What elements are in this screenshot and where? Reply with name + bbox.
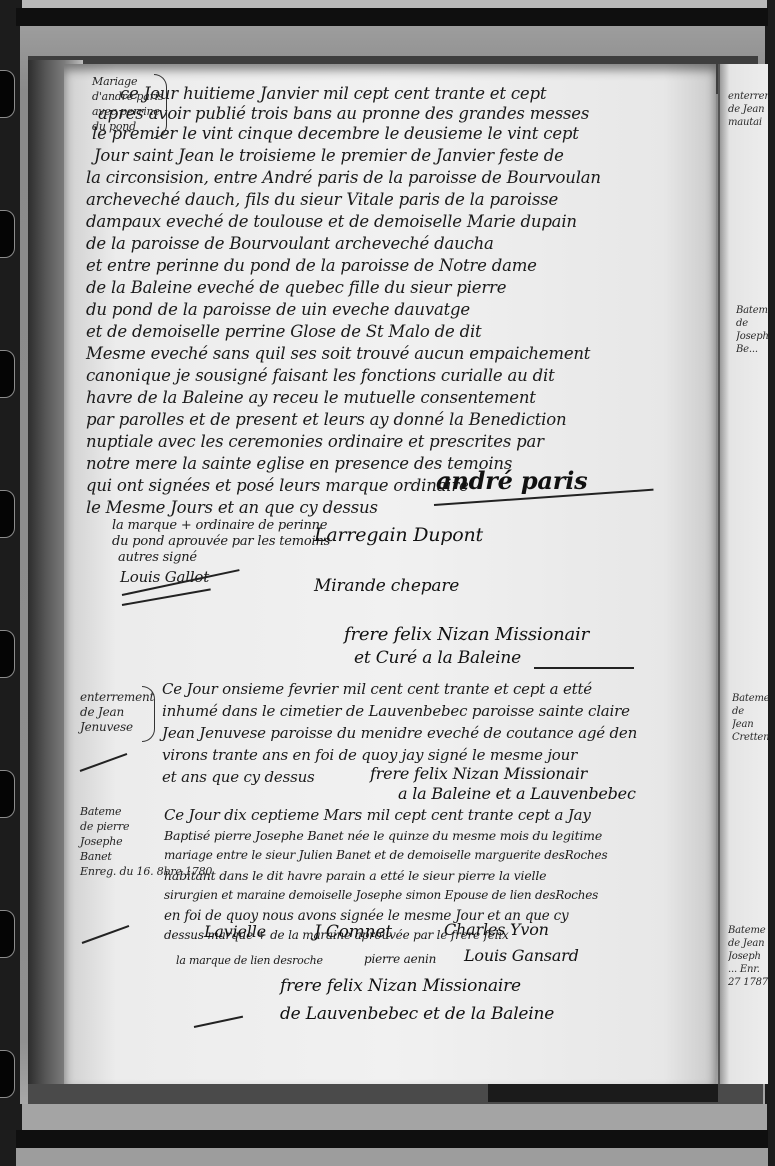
sprocket-hole (0, 1050, 15, 1098)
margin-bracket (142, 686, 155, 742)
text-line: et entre perinne du pond de la paroisse … (86, 256, 537, 275)
text-line: inhumé dans le cimetier de Lauvenbebec p… (162, 702, 630, 720)
adjacent-page: enterrement de Jean mautai Bateme de Jos… (718, 64, 768, 1084)
signature: Mirande chepare (314, 576, 459, 596)
sprocket-hole (0, 210, 15, 258)
separator-stroke (82, 925, 130, 944)
signature: Lavielle (204, 922, 266, 941)
signature: la marque de lien desroche (176, 954, 323, 967)
signature: frere felix Nizan Missionair (370, 764, 587, 783)
text-line: la circonsision, entre André paris de la… (86, 168, 601, 187)
text-line: de la Baleine eveché de quebec fille du … (86, 278, 506, 297)
register-page: Mariage d'andré paris avec perrine du po… (64, 64, 716, 1084)
text-line: Ce Jour dix ceptieme Mars mil cept cent … (164, 806, 591, 824)
adjacent-margin-note: enterrement de Jean mautai (728, 90, 768, 129)
signature: Larregain Dupont (314, 524, 483, 546)
adjacent-margin-note: Bateme de Jean Cretten... (732, 692, 768, 744)
signature: pierre aenin (364, 952, 436, 966)
text-line: nuptiale avec les ceremonies ordinaire e… (86, 432, 544, 451)
signature: Louis Gansard (464, 946, 579, 965)
text-line: dampaux eveché de toulouse et de demoise… (86, 212, 577, 231)
text-line: havre de la Baleine ay receu le mutuelle… (86, 388, 536, 407)
sprocket-hole (0, 770, 15, 818)
text-line: archeveché dauch, fils du sieur Vitale p… (86, 190, 558, 209)
signature: et Curé a la Baleine (354, 648, 521, 668)
sprocket-hole (0, 490, 15, 538)
witness-note: du pond aprouvée par les temoins (112, 534, 330, 549)
sprocket-hole (0, 70, 15, 118)
adjacent-margin-note: Bateme de Jean Joseph ... Enr. 27 1787 (728, 924, 768, 989)
text-line: mariage entre le sieur Julien Banet et d… (164, 848, 607, 862)
sprocket-hole (0, 350, 15, 398)
sprocket-hole (0, 910, 15, 958)
text-line: sirurgien et maraine demoiselle Josephe … (164, 888, 598, 902)
signature: andré paris (436, 466, 587, 495)
sprocket-hole (0, 630, 15, 678)
signature: a la Baleine et a Lauvenbebec (398, 784, 636, 803)
text-line: Baptisé pierre Josephe Banet née le quin… (164, 828, 602, 843)
signature: de Lauvenbebec et de la Baleine (280, 1004, 554, 1024)
text-line: le Mesme Jours et an que cy dessus (86, 498, 378, 517)
witness-note: la marque + ordinaire de perinne (112, 518, 327, 533)
separator-stroke (194, 1016, 243, 1028)
page-bottom-edge (28, 1084, 763, 1104)
film-strip-top (22, 0, 767, 8)
text-line: et ans que cy dessus (162, 768, 315, 786)
signature: frere felix Nizan Missionaire (280, 976, 521, 996)
signature: frere felix Nizan Missionair (344, 624, 589, 645)
text-line: Jour saint Jean le troisieme le premier … (94, 146, 564, 165)
text-line: qui ont signées et posé leurs marque ord… (86, 476, 469, 495)
film-bar-bottom (16, 1130, 768, 1148)
text-line: et de demoiselle perrine Glose de St Mal… (86, 322, 481, 341)
text-line: par parolles et de present et leurs ay d… (86, 410, 566, 429)
text-line: Ce Jour onsieme fevrier mil cent cent tr… (162, 680, 592, 698)
board-lower (22, 1104, 767, 1130)
text-line: du pond de la paroisse de uin eveche dau… (86, 300, 470, 319)
adjacent-margin-note: Bateme de Josephe Be... (736, 304, 768, 356)
flourish (534, 667, 634, 669)
film-bar-top (16, 8, 768, 26)
separator-stroke (80, 753, 128, 772)
text-line: apres avoir publié trois bans au pronne … (98, 104, 589, 123)
text-line: le premier le vint cinque decembre le de… (92, 124, 579, 143)
text-line: Mesme eveché sans quil ses soit trouvé a… (86, 344, 590, 363)
text-line: de la paroisse de Bourvoulant archeveché… (86, 234, 494, 253)
text-line: habitant dans le dit havre parain a etté… (164, 868, 546, 883)
signature: J Comnet (314, 922, 392, 942)
text-line: Jean Jenuvese paroisse du menidre eveché… (162, 724, 637, 742)
text-line: ce Jour huitieme Janvier mil cept cent t… (120, 84, 546, 103)
witness-signature: Louis Gallot (120, 568, 209, 586)
signature: Charles Yvon (444, 920, 549, 939)
text-line: canonique je sousigné faisant les foncti… (86, 366, 555, 385)
text-line: virons trante ans en foi de quoy jay sig… (162, 746, 577, 764)
witness-note: autres signé (118, 550, 197, 565)
film-strip-bottom (16, 1148, 768, 1166)
